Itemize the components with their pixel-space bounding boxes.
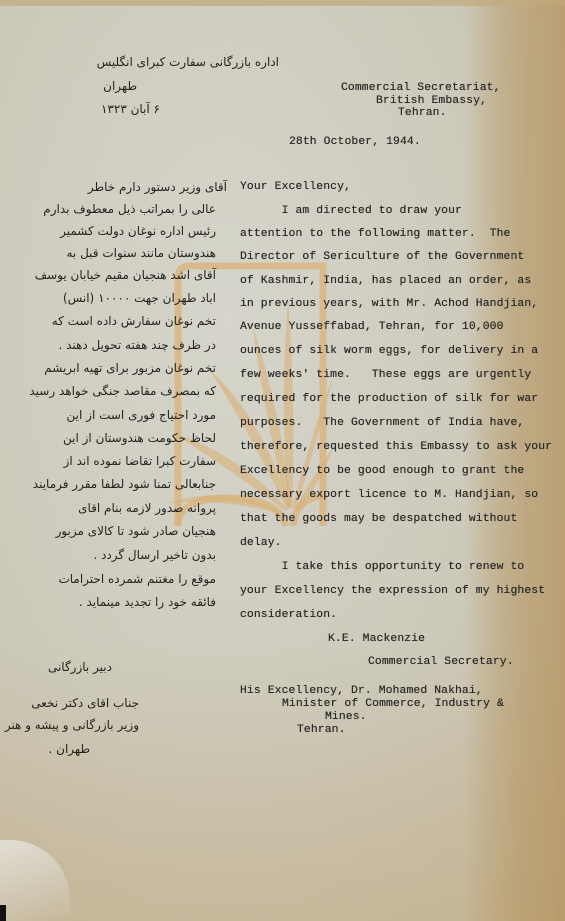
body-line: necessary export licence to M. Handjian,… bbox=[240, 489, 538, 501]
addressee-line: Minister of Commerce, Industry & bbox=[282, 698, 504, 710]
persian-addressee-line: وزیر بازرگانی و پیشه و هنر bbox=[5, 718, 139, 732]
persian-body-line: فائقه خود را تجدید مینماید . bbox=[79, 595, 216, 609]
persian-body-line: رئیس اداره نوغان دولت کشمیر bbox=[60, 224, 216, 238]
persian-signature: دبیر بازرگانی bbox=[48, 660, 112, 674]
addressee-line: His Excellency, Dr. Mohamed Nakhai, bbox=[240, 685, 483, 697]
body-line: attention to the following matter. The bbox=[240, 228, 510, 240]
body-line: ounces of silk worm eggs, for delivery i… bbox=[240, 345, 538, 357]
persian-addressee-line: جناب اقای دکتر نخعی bbox=[31, 696, 139, 710]
salutation: Your Excellency, bbox=[240, 181, 351, 193]
body-line: therefore, requested this Embassy to ask… bbox=[240, 441, 552, 453]
persian-body-line: بدون تاخیر ارسال گردد . bbox=[93, 548, 216, 562]
body-line: required for the production of silk for … bbox=[240, 393, 538, 405]
persian-body-line: اباد طهران جهت ۱۰۰۰۰ (انس) bbox=[63, 291, 216, 305]
body-line: Excellency to be good enough to grant th… bbox=[240, 465, 524, 477]
signature-title: Commercial Secretary. bbox=[368, 656, 514, 668]
scanned-letter-page: Commercial Secretariat, British Embassy,… bbox=[0, 0, 565, 921]
persian-body-line: هندوستان مانند سنوات قبل به bbox=[66, 246, 216, 260]
persian-body-line: تخم نوغان مزبور برای تهیه ابریشم bbox=[44, 361, 216, 375]
persian-body-line: مورد احتیاج فوری است از این bbox=[67, 408, 216, 422]
body-line: few weeks' time. These eggs are urgently bbox=[240, 369, 531, 381]
closing-line: your Excellency the expression of my hig… bbox=[240, 585, 545, 597]
closing-line: I take this opportunity to renew to bbox=[240, 561, 524, 573]
addressee-line: Mines. bbox=[325, 711, 367, 723]
letter-date: 28th October, 1944. bbox=[289, 136, 421, 148]
persian-body-line: سفارت کبرا تقاضا نموده اند از bbox=[64, 454, 216, 468]
persian-body-line: لحاظ حکومت هندوستان از این bbox=[63, 431, 216, 445]
letterhead-line-2: British Embassy, bbox=[376, 95, 487, 107]
persian-addressee-line: طهران . bbox=[49, 742, 90, 756]
letterhead-line-1: Commercial Secretariat, bbox=[341, 82, 501, 94]
scan-border-corner bbox=[0, 905, 6, 921]
persian-body-line: آقای اشد هنجیان مقیم خیابان یوسف bbox=[35, 268, 216, 282]
body-line: purposes. The Government of India have, bbox=[240, 417, 524, 429]
persian-header-line: طهران bbox=[103, 79, 137, 93]
persian-body-line: عالی را بمراتب ذیل معطوف بدارم bbox=[43, 202, 216, 216]
persian-body-line: موقع را مغتنم شمرده احترامات bbox=[58, 572, 216, 586]
body-line: Director of Sericulture of the Governmen… bbox=[240, 251, 524, 263]
persian-body-line: جنابعالی تمنا شود لطفا مقرر فرمایند bbox=[33, 477, 216, 491]
persian-header-line: ۶ آبان ۱۳۲۳ bbox=[101, 102, 160, 116]
persian-body-line: در ظرف چند هفته تحویل دهند . bbox=[58, 338, 216, 352]
paper-corner-fold bbox=[0, 840, 70, 921]
persian-body-line: پروانه صدور لازمه بنام اقای bbox=[78, 501, 216, 515]
persian-body-line: تخم نوغان سفارش داده است که bbox=[52, 314, 216, 328]
body-line: delay. bbox=[240, 537, 282, 549]
letterhead-line-3: Tehran. bbox=[398, 107, 447, 119]
addressee-line: Tehran. bbox=[297, 724, 346, 736]
persian-header-line: اداره بازرگانی سفارت کبرای انگلیس bbox=[97, 55, 279, 69]
persian-body-line: آقای وزیر دستور دارم خاطر bbox=[88, 180, 227, 194]
closing-line: consideration. bbox=[240, 609, 337, 621]
body-line: I am directed to draw your bbox=[240, 205, 462, 217]
persian-body-line: هنجیان صادر شود تا کالای مزبور bbox=[56, 524, 216, 538]
body-line: in previous years, with Mr. Achod Handji… bbox=[240, 298, 538, 310]
persian-body-line: که بمصرف مقاصد جنگی خواهد رسید bbox=[29, 384, 216, 398]
paper-right-discoloration bbox=[465, 0, 565, 921]
signature-name: K.E. Mackenzie bbox=[328, 633, 425, 645]
body-line: that the goods may be despatched without bbox=[240, 513, 517, 525]
body-line: Avenue Yusseffabad, Tehran, for 10,000 bbox=[240, 321, 504, 333]
body-line: of Kashmir, India, has placed an order, … bbox=[240, 275, 531, 287]
